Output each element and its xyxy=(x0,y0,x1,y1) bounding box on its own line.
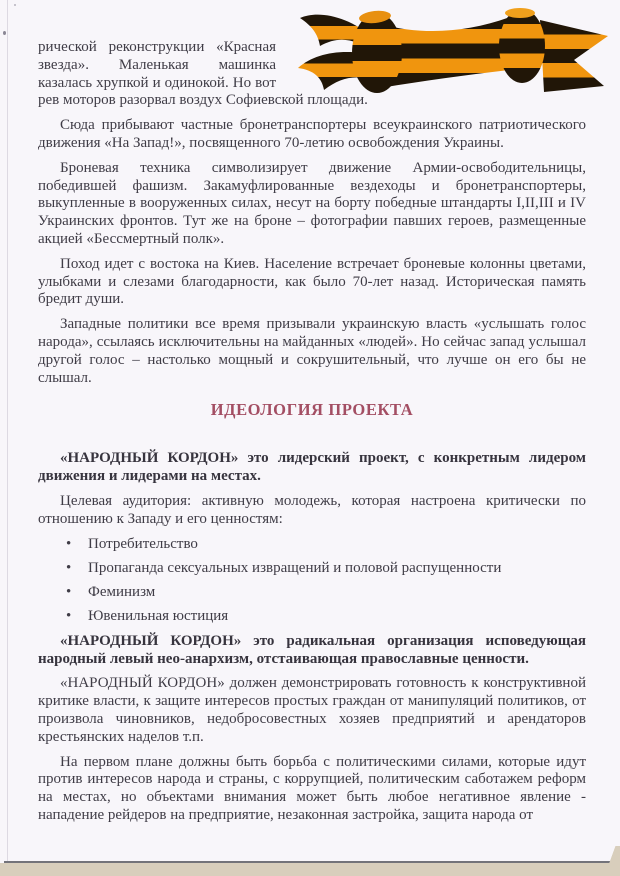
list-item-text: Пропаганда сексуальных извращений и поло… xyxy=(88,560,501,576)
list-item-text: Феминизм xyxy=(88,584,155,600)
ribbon-fold-left xyxy=(352,13,402,93)
target-values-bullet-list: •Потребительство •Пропаганда сексуальных… xyxy=(38,536,586,626)
list-item-text: Ювенильная юстиция xyxy=(88,608,228,624)
paragraph: Броневая техника символизирует движение … xyxy=(38,160,586,249)
section-heading: ИДЕОЛОГИЯ ПРОЕКТА xyxy=(38,400,586,420)
list-item: •Ювенильная юстиция xyxy=(66,608,586,626)
paragraph-bold-lead: «НАРОДНЫЙ КОРДОН» это радикальная органи… xyxy=(38,633,586,669)
paragraph: рической реконструкции «Красная звезда».… xyxy=(38,39,586,110)
paragraph: «НАРОДНЫЙ КОРДОН» должен демонстрировать… xyxy=(38,675,586,746)
scan-speck xyxy=(14,4,16,6)
st-george-ribbon-wrap xyxy=(276,39,586,91)
list-item: •Потребительство xyxy=(66,536,586,554)
list-item: •Пропаганда сексуальных извращений и пол… xyxy=(66,560,586,578)
paragraph-bold-lead: «НАРОДНЫЙ КОРДОН» это лидерский проект, … xyxy=(38,450,586,486)
bullet-dot: • xyxy=(66,608,88,626)
scan-left-edge-line xyxy=(7,0,8,862)
ribbon-fold-right xyxy=(499,9,545,83)
paragraph: Сюда прибывают частные бронетранспортеры… xyxy=(38,117,586,153)
list-item-text: Потребительство xyxy=(88,536,198,552)
paragraph: На первом плане должны быть борьба с пол… xyxy=(38,754,586,825)
ribbon-fold-right-cap xyxy=(505,8,535,18)
scanner-background-corner xyxy=(608,846,620,863)
st-george-ribbon-image xyxy=(278,8,608,100)
paragraph: Целевая аудитория: активную молодежь, ко… xyxy=(38,493,586,529)
scanned-document-page: рической реконструкции «Красная звезда».… xyxy=(0,0,620,876)
document-text-column: рической реконструкции «Красная звезда».… xyxy=(38,0,586,832)
scan-speck xyxy=(3,31,6,35)
bullet-dot: • xyxy=(66,560,88,578)
scanner-background-strip xyxy=(0,863,620,876)
bullet-dot: • xyxy=(66,584,88,602)
ribbon-right-band xyxy=(540,20,608,92)
list-item: •Феминизм xyxy=(66,584,586,602)
bullet-dot: • xyxy=(66,536,88,554)
paragraph: Западные политики все время призывали ук… xyxy=(38,316,586,387)
paragraph: Поход идет с востока на Киев. Население … xyxy=(38,256,586,309)
